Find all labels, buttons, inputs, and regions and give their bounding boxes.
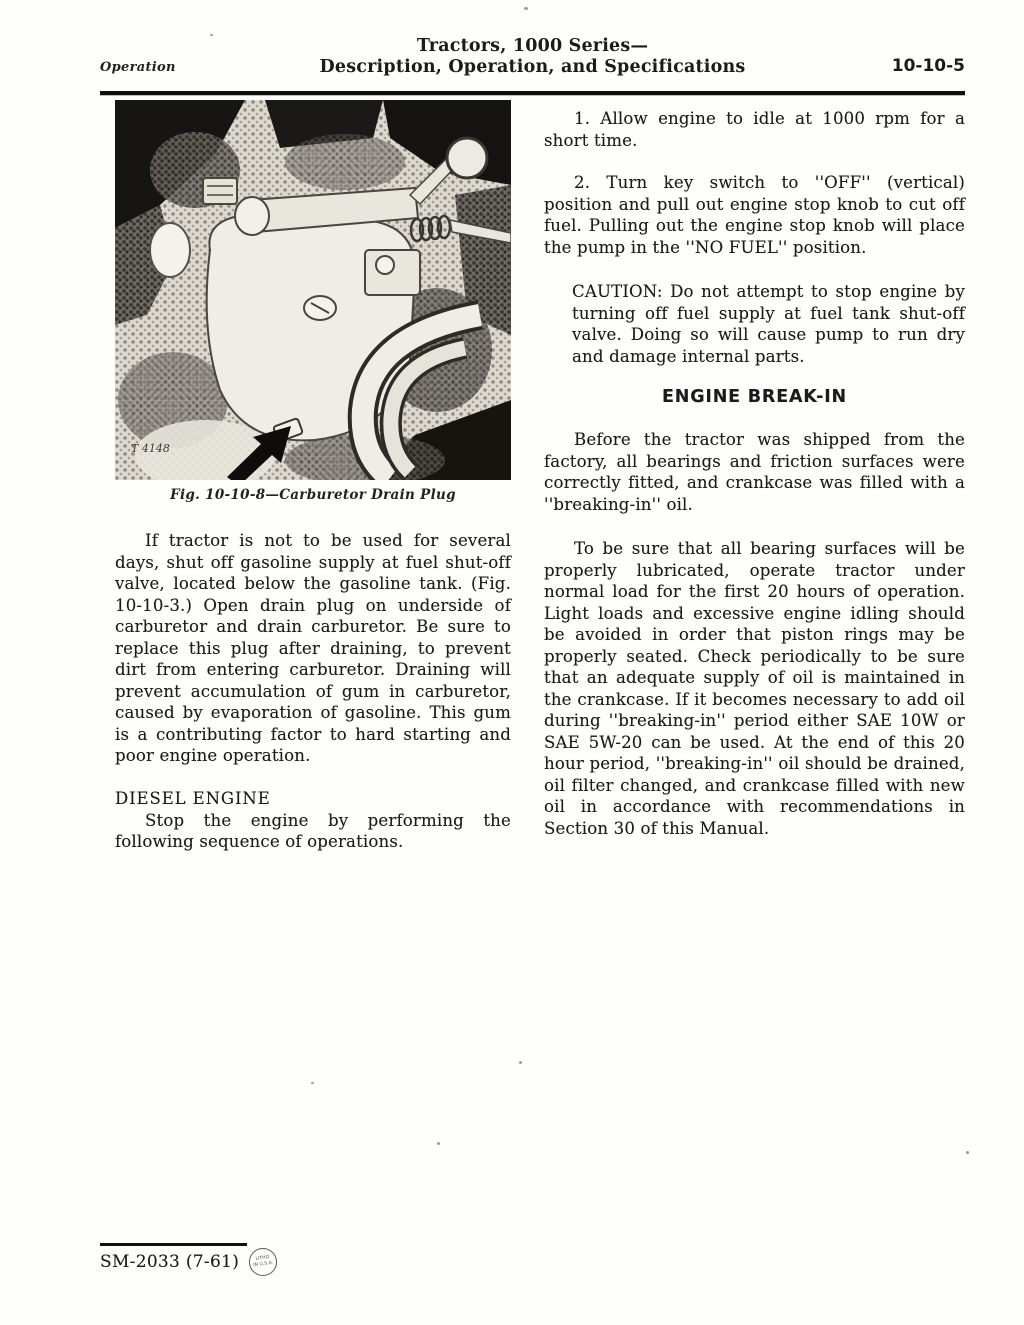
paragraph-break-in-2: To be sure that all bearing surfaces wil… — [544, 538, 965, 839]
photo-id-label: T 4148 — [131, 442, 170, 455]
page-title-line2: Description, Operation, and Specificatio… — [250, 57, 815, 78]
paragraph-break-in-1: Before the tractor was shipped from the … — [544, 429, 965, 515]
heading-diesel-engine: DIESEL ENGINE — [115, 789, 511, 808]
figure-caption: Fig. 10-10-8—Carburetor Drain Plug — [115, 487, 511, 503]
litho-stamp-text: LITHO IN U.S.A. — [252, 1255, 273, 1269]
heading-engine-break-in: ENGINE BREAK-IN — [544, 387, 965, 407]
litho-stamp: LITHO IN U.S.A. — [247, 1246, 279, 1278]
page-title: Tractors, 1000 Series— Description, Oper… — [250, 36, 815, 78]
page-footer: SM-2033 (7-61) LITHO IN U.S.A. — [100, 1243, 277, 1276]
left-column: T 4148 Fig. 10-10-8—Carburetor Drain Plu… — [115, 100, 511, 853]
footer-rule — [100, 1243, 247, 1246]
caution-note: CAUTION: Do not attempt to stop engine b… — [572, 281, 965, 367]
scan-speck — [311, 1082, 314, 1084]
scan-speck — [524, 7, 528, 10]
document-number: SM-2033 (7-61) — [100, 1252, 239, 1272]
header-rule — [100, 91, 965, 95]
page-title-line1: Tractors, 1000 Series— — [250, 36, 815, 57]
carburetor-figure: T 4148 Fig. 10-10-8—Carburetor Drain Plu… — [115, 100, 511, 503]
right-column: 1. Allow engine to idle at 1000 rpm for … — [544, 100, 965, 853]
paragraph-carburetor-drain: If tractor is not to be used for several… — [115, 530, 511, 767]
scan-speck — [519, 1061, 522, 1064]
carburetor-photo-art: T 4148 — [115, 100, 511, 480]
step-2: 2. Turn key switch to ''OFF'' (vertical)… — [544, 172, 965, 258]
page-body: T 4148 Fig. 10-10-8—Carburetor Drain Plu… — [115, 100, 965, 853]
page-number: 10-10-5 — [815, 56, 965, 78]
page-header: Operation Tractors, 1000 Series— Descrip… — [100, 36, 965, 78]
paragraph-diesel-stop: Stop the engine by performing the follow… — [115, 810, 511, 853]
header-section-label: Operation — [100, 60, 250, 78]
manual-page: Operation Tractors, 1000 Series— Descrip… — [0, 0, 1024, 1325]
scan-speck — [966, 1151, 969, 1154]
step-1: 1. Allow engine to idle at 1000 rpm for … — [544, 108, 965, 151]
scan-speck — [210, 34, 213, 36]
scan-speck — [437, 1142, 440, 1145]
carburetor-photo: T 4148 — [115, 100, 511, 480]
